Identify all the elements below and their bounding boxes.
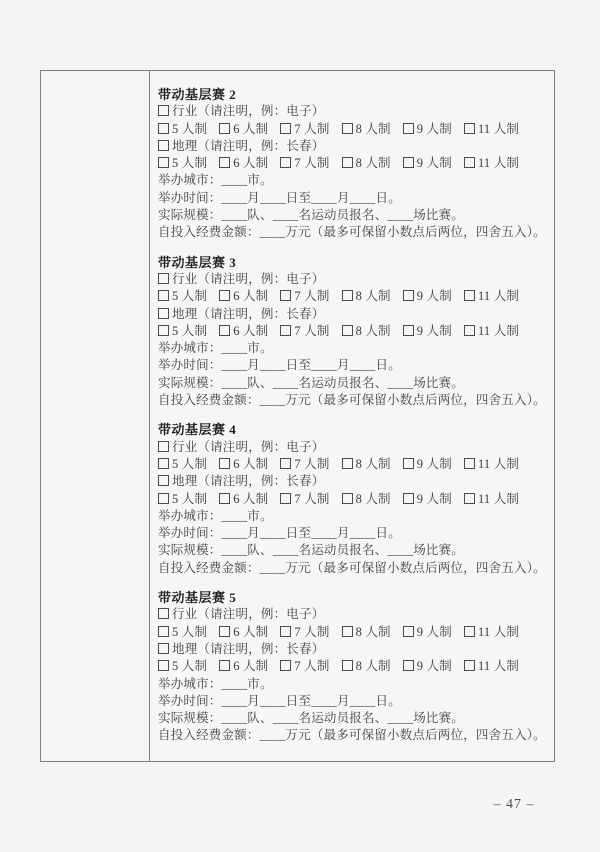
form-section: 带动基层赛 5 行业（请注明，例：电子）5 人制6 人制7 人制8 人制9 人制… [158,589,550,745]
fill-in-line: 举办城市：____市。 [158,676,550,693]
section-title: 带动基层赛 4 [158,421,550,438]
option-label: 7 人制 [294,289,329,303]
checkbox-field-line: 地理（请注明，例：长春） [158,641,550,658]
checkbox-icon [464,626,475,637]
option-label: 9 人制 [417,324,452,338]
checkbox-icon [280,458,291,469]
checkbox-icon [158,157,169,168]
checkbox-icon [342,157,353,168]
checkbox-option: 8 人制 [342,492,391,506]
checkbox-icon [219,493,230,504]
checkbox-option: 7 人制 [280,324,329,338]
checkbox-icon [280,157,291,168]
section-title: 带动基层赛 5 [158,589,550,606]
checkbox-option: 6 人制 [219,156,268,170]
checkbox-option: 6 人制 [219,289,268,303]
option-label: 9 人制 [417,492,452,506]
section-rows: 行业（请注明，例：电子）5 人制6 人制7 人制8 人制9 人制11 人制地理（… [158,271,550,409]
checkbox-icon [280,493,291,504]
section-title: 带动基层赛 3 [158,254,550,271]
checkbox-icon [158,660,169,671]
option-label: 11 人制 [478,156,519,170]
checkbox-options-line: 5 人制6 人制7 人制8 人制9 人制11 人制 [158,658,550,675]
checkbox-option: 11 人制 [464,289,519,303]
checkbox-field-line: 行业（请注明，例：电子） [158,103,550,120]
checkbox-icon [342,290,353,301]
checkbox-option: 9 人制 [403,324,452,338]
checkbox-option: 11 人制 [464,457,519,471]
checkbox-icon [158,105,169,116]
form-section: 带动基层赛 4 行业（请注明，例：电子）5 人制6 人制7 人制8 人制9 人制… [158,421,550,577]
checkbox-option: 11 人制 [464,492,519,506]
option-label: 5 人制 [172,659,207,673]
checkbox-option: 9 人制 [403,492,452,506]
table-right-cell: 带动基层赛 2 行业（请注明，例：电子）5 人制6 人制7 人制8 人制9 人制… [150,71,554,761]
checkbox-icon [403,325,414,336]
option-label: 8 人制 [356,659,391,673]
field-label: 地理（请注明，例：长春） [172,642,324,656]
checkbox-icon [158,643,169,654]
fill-in-line: 举办时间：____月____日至____月____日。 [158,357,550,374]
option-label: 11 人制 [478,625,519,639]
checkbox-option: 8 人制 [342,289,391,303]
form-section: 带动基层赛 3 行业（请注明，例：电子）5 人制6 人制7 人制8 人制9 人制… [158,254,550,410]
option-label: 5 人制 [172,289,207,303]
checkbox-field-line: 地理（请注明，例：长春） [158,138,550,155]
checkbox-icon [158,290,169,301]
option-label: 8 人制 [356,289,391,303]
checkbox-option: 6 人制 [219,625,268,639]
checkbox-option: 9 人制 [403,156,452,170]
checkbox-option: 5 人制 [158,457,207,471]
field-label: 行业（请注明，例：电子） [172,272,324,286]
checkbox-option: 9 人制 [403,625,452,639]
page-number: – 47 – [468,797,560,813]
checkbox-option: 8 人制 [342,324,391,338]
checkbox-icon [342,493,353,504]
option-label: 7 人制 [294,457,329,471]
checkbox-options-line: 5 人制6 人制7 人制8 人制9 人制11 人制 [158,624,550,641]
checkbox-icon [219,325,230,336]
checkbox-icon [342,626,353,637]
option-label: 11 人制 [478,457,519,471]
checkbox-icon [280,660,291,671]
checkbox-icon [158,626,169,637]
checkbox-icon [403,157,414,168]
option-label: 8 人制 [356,324,391,338]
checkbox-option: 6 人制 [219,492,268,506]
checkbox-icon [464,123,475,134]
checkbox-field-line: 行业（请注明，例：电子） [158,271,550,288]
fill-in-line: 实际规模：____队、____名运动员报名、____场比赛。 [158,710,550,727]
option-label: 6 人制 [233,659,268,673]
option-label: 9 人制 [417,122,452,136]
checkbox-icon [158,475,169,486]
option-label: 6 人制 [233,625,268,639]
checkbox-icon [403,493,414,504]
option-label: 6 人制 [233,457,268,471]
checkbox-option: 8 人制 [342,625,391,639]
checkbox-option: 11 人制 [464,625,519,639]
checkbox-icon [219,290,230,301]
option-label: 8 人制 [356,625,391,639]
section-rows: 行业（请注明，例：电子）5 人制6 人制7 人制8 人制9 人制11 人制地理（… [158,103,550,241]
checkbox-option: 7 人制 [280,156,329,170]
checkbox-option: 5 人制 [158,156,207,170]
checkbox-option: 5 人制 [158,324,207,338]
fill-in-line: 举办城市：____市。 [158,508,550,525]
table-left-cell [41,71,150,761]
checkbox-icon [464,325,475,336]
checkbox-icon [219,157,230,168]
fill-in-line: 举办时间：____月____日至____月____日。 [158,693,550,710]
checkbox-options-line: 5 人制6 人制7 人制8 人制9 人制11 人制 [158,323,550,340]
section-rows: 行业（请注明，例：电子）5 人制6 人制7 人制8 人制9 人制11 人制地理（… [158,439,550,577]
checkbox-icon [280,626,291,637]
option-label: 5 人制 [172,625,207,639]
option-label: 9 人制 [417,457,452,471]
checkbox-option: 7 人制 [280,659,329,673]
fill-in-line: 举办时间：____月____日至____月____日。 [158,525,550,542]
checkbox-icon [342,660,353,671]
checkbox-icon [158,441,169,452]
checkbox-icon [464,660,475,671]
checkbox-option: 5 人制 [158,659,207,673]
checkbox-option: 6 人制 [219,122,268,136]
checkbox-option: 7 人制 [280,625,329,639]
checkbox-option: 11 人制 [464,324,519,338]
option-label: 9 人制 [417,625,452,639]
option-label: 6 人制 [233,289,268,303]
option-label: 11 人制 [478,659,519,673]
checkbox-icon [158,273,169,284]
checkbox-icon [219,123,230,134]
checkbox-option: 8 人制 [342,122,391,136]
option-label: 9 人制 [417,289,452,303]
form-table: 带动基层赛 2 行业（请注明，例：电子）5 人制6 人制7 人制8 人制9 人制… [40,70,555,762]
option-label: 7 人制 [294,625,329,639]
checkbox-icon [464,290,475,301]
field-label: 地理（请注明，例：长春） [172,474,324,488]
option-label: 7 人制 [294,324,329,338]
checkbox-icon [403,458,414,469]
checkbox-option: 7 人制 [280,492,329,506]
checkbox-option: 5 人制 [158,289,207,303]
checkbox-field-line: 行业（请注明，例：电子） [158,439,550,456]
checkbox-option: 6 人制 [219,457,268,471]
checkbox-icon [280,290,291,301]
option-label: 9 人制 [417,659,452,673]
checkbox-options-line: 5 人制6 人制7 人制8 人制9 人制11 人制 [158,456,550,473]
option-label: 11 人制 [478,492,519,506]
checkbox-icon [158,458,169,469]
fill-in-line: 实际规模：____队、____名运动员报名、____场比赛。 [158,542,550,559]
option-label: 5 人制 [172,492,207,506]
option-label: 9 人制 [417,156,452,170]
checkbox-option: 5 人制 [158,492,207,506]
option-label: 6 人制 [233,122,268,136]
option-label: 7 人制 [294,659,329,673]
checkbox-option: 9 人制 [403,122,452,136]
option-label: 8 人制 [356,156,391,170]
checkbox-options-line: 5 人制6 人制7 人制8 人制9 人制11 人制 [158,155,550,172]
checkbox-icon [403,123,414,134]
checkbox-icon [158,140,169,151]
option-label: 11 人制 [478,289,519,303]
field-label: 行业（请注明，例：电子） [172,104,324,118]
checkbox-option: 11 人制 [464,156,519,170]
checkbox-field-line: 行业（请注明，例：电子） [158,606,550,623]
field-label: 地理（请注明，例：长春） [172,307,324,321]
option-label: 6 人制 [233,156,268,170]
fill-in-line: 自投入经费金额：____万元（最多可保留小数点后两位，四舍五入）。 [158,224,550,241]
checkbox-icon [342,123,353,134]
checkbox-icon [464,493,475,504]
checkbox-icon [158,123,169,134]
checkbox-option: 9 人制 [403,457,452,471]
fill-in-line: 自投入经费金额：____万元（最多可保留小数点后两位，四舍五入）。 [158,727,550,744]
checkbox-icon [403,290,414,301]
checkbox-icon [403,626,414,637]
checkbox-icon [158,325,169,336]
checkbox-option: 7 人制 [280,457,329,471]
fill-in-line: 举办城市：____市。 [158,340,550,357]
checkbox-icon [464,458,475,469]
checkbox-icon [219,458,230,469]
checkbox-options-line: 5 人制6 人制7 人制8 人制9 人制11 人制 [158,288,550,305]
checkbox-icon [219,626,230,637]
checkbox-icon [219,660,230,671]
option-label: 5 人制 [172,122,207,136]
checkbox-icon [464,157,475,168]
checkbox-icon [280,123,291,134]
option-label: 6 人制 [233,324,268,338]
option-label: 7 人制 [294,122,329,136]
option-label: 7 人制 [294,156,329,170]
section-rows: 行业（请注明，例：电子）5 人制6 人制7 人制8 人制9 人制11 人制地理（… [158,606,550,744]
option-label: 6 人制 [233,492,268,506]
fill-in-line: 举办时间：____月____日至____月____日。 [158,190,550,207]
checkbox-field-line: 地理（请注明，例：长春） [158,473,550,490]
checkbox-icon [158,608,169,619]
fill-in-line: 自投入经费金额：____万元（最多可保留小数点后两位，四舍五入）。 [158,392,550,409]
option-label: 8 人制 [356,457,391,471]
checkbox-option: 6 人制 [219,659,268,673]
checkbox-option: 8 人制 [342,156,391,170]
checkbox-options-line: 5 人制6 人制7 人制8 人制9 人制11 人制 [158,121,550,138]
checkbox-options-line: 5 人制6 人制7 人制8 人制9 人制11 人制 [158,491,550,508]
checkbox-option: 11 人制 [464,122,519,136]
fill-in-line: 举办城市：____市。 [158,172,550,189]
fill-in-line: 自投入经费金额：____万元（最多可保留小数点后两位，四舍五入）。 [158,560,550,577]
option-label: 7 人制 [294,492,329,506]
field-label: 行业（请注明，例：电子） [172,607,324,621]
fill-in-line: 实际规模：____队、____名运动员报名、____场比赛。 [158,207,550,224]
field-label: 地理（请注明，例：长春） [172,139,324,153]
checkbox-option: 9 人制 [403,289,452,303]
option-label: 5 人制 [172,324,207,338]
checkbox-icon [342,458,353,469]
form-section: 带动基层赛 2 行业（请注明，例：电子）5 人制6 人制7 人制8 人制9 人制… [158,86,550,242]
checkbox-option: 5 人制 [158,625,207,639]
checkbox-icon [158,308,169,319]
section-title: 带动基层赛 2 [158,86,550,103]
checkbox-option: 5 人制 [158,122,207,136]
option-label: 11 人制 [478,324,519,338]
checkbox-icon [403,660,414,671]
checkbox-icon [342,325,353,336]
checkbox-option: 6 人制 [219,324,268,338]
checkbox-option: 9 人制 [403,659,452,673]
option-label: 8 人制 [356,492,391,506]
option-label: 11 人制 [478,122,519,136]
checkbox-option: 7 人制 [280,122,329,136]
option-label: 5 人制 [172,457,207,471]
checkbox-field-line: 地理（请注明，例：长春） [158,306,550,323]
checkbox-option: 11 人制 [464,659,519,673]
checkbox-option: 8 人制 [342,659,391,673]
option-label: 8 人制 [356,122,391,136]
checkbox-icon [158,493,169,504]
field-label: 行业（请注明，例：电子） [172,440,324,454]
checkbox-option: 7 人制 [280,289,329,303]
fill-in-line: 实际规模：____队、____名运动员报名、____场比赛。 [158,375,550,392]
checkbox-icon [280,325,291,336]
checkbox-option: 8 人制 [342,457,391,471]
option-label: 5 人制 [172,156,207,170]
